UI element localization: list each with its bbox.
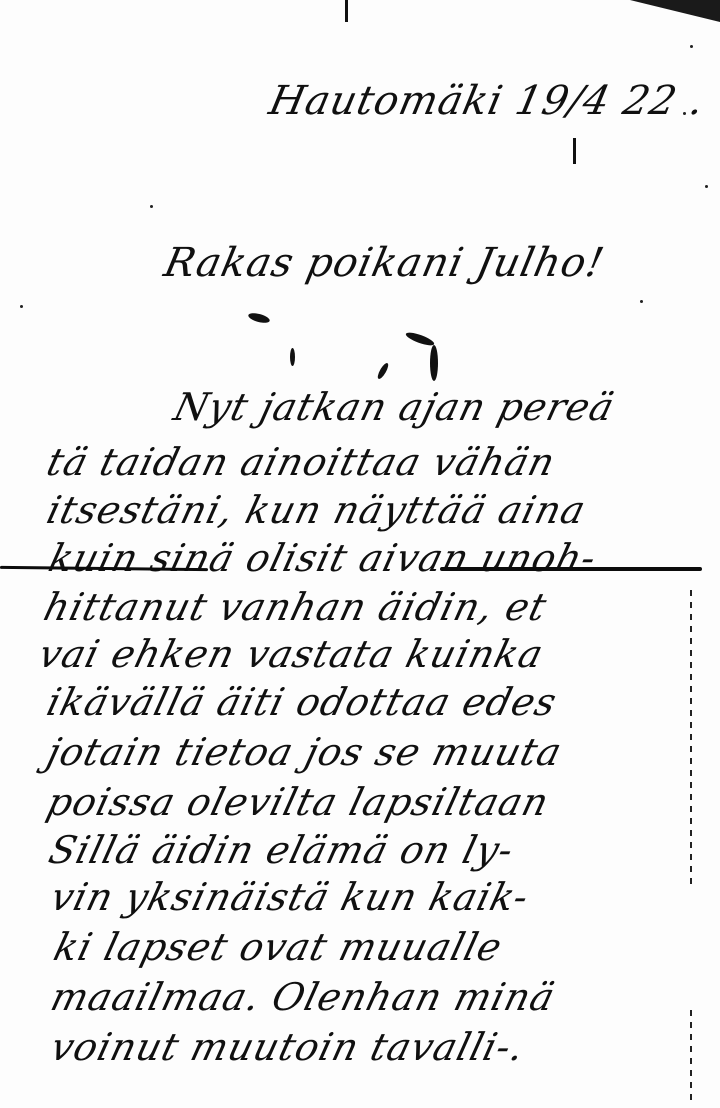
letter-line-6: vai ehken vastata kuinka <box>35 632 549 676</box>
paper-speck <box>150 205 153 208</box>
paper-speck <box>690 45 693 48</box>
ink-blot <box>376 362 390 381</box>
letter-line-14: voinut muutoin tavalli-. <box>47 1025 530 1069</box>
paper-speck <box>20 305 23 308</box>
letter-line-8: jotain tietoa jos se muuta <box>43 730 567 774</box>
letter-page: Hautomäki 19/4 22 . Rakas poikani Julho!… <box>0 0 720 1108</box>
letter-line-5: hittanut vanhan äidin, et <box>40 585 552 629</box>
letter-greeting: Rakas poikani Julho! <box>160 240 608 286</box>
ink-blot <box>247 311 270 324</box>
ink-blot <box>430 345 438 381</box>
letter-line-9: poissa olevilta lapsiltaan <box>43 780 554 824</box>
folded-corner-mark <box>630 0 720 22</box>
ink-blot <box>405 330 436 348</box>
letter-line-10: Sillä äidin elämä on ly- <box>45 828 519 872</box>
letter-line-3: itsestäni, kun näyttää aina <box>43 488 591 532</box>
letter-line-12: ki lapset ovat muualle <box>50 925 507 969</box>
underline-aivan-unoh <box>440 567 702 571</box>
right-margin-mark <box>690 1010 692 1100</box>
ink-blot <box>290 348 295 366</box>
place-and-date: Hautomäki 19/4 22 . <box>265 78 709 124</box>
ink-stroke-date <box>573 138 576 164</box>
letter-line-1: Nyt jatkan ajan pereä <box>170 385 620 429</box>
paper-speck <box>683 112 686 115</box>
right-margin-mark <box>690 590 692 890</box>
letter-line-11: vin yksinäistä kun kaik- <box>47 875 534 919</box>
letter-line-7: ikävällä äiti odottaa edes <box>43 680 562 724</box>
letter-line-4: kuin sinä olisit aivan unoh- <box>45 536 602 580</box>
paper-speck <box>705 185 708 188</box>
ink-stroke-top <box>345 0 348 22</box>
letter-line-2: tä taidan ainoittaa vähän <box>43 440 561 484</box>
paper-speck <box>640 300 643 303</box>
letter-line-13: maailmaa. Olenhan minä <box>47 975 560 1019</box>
